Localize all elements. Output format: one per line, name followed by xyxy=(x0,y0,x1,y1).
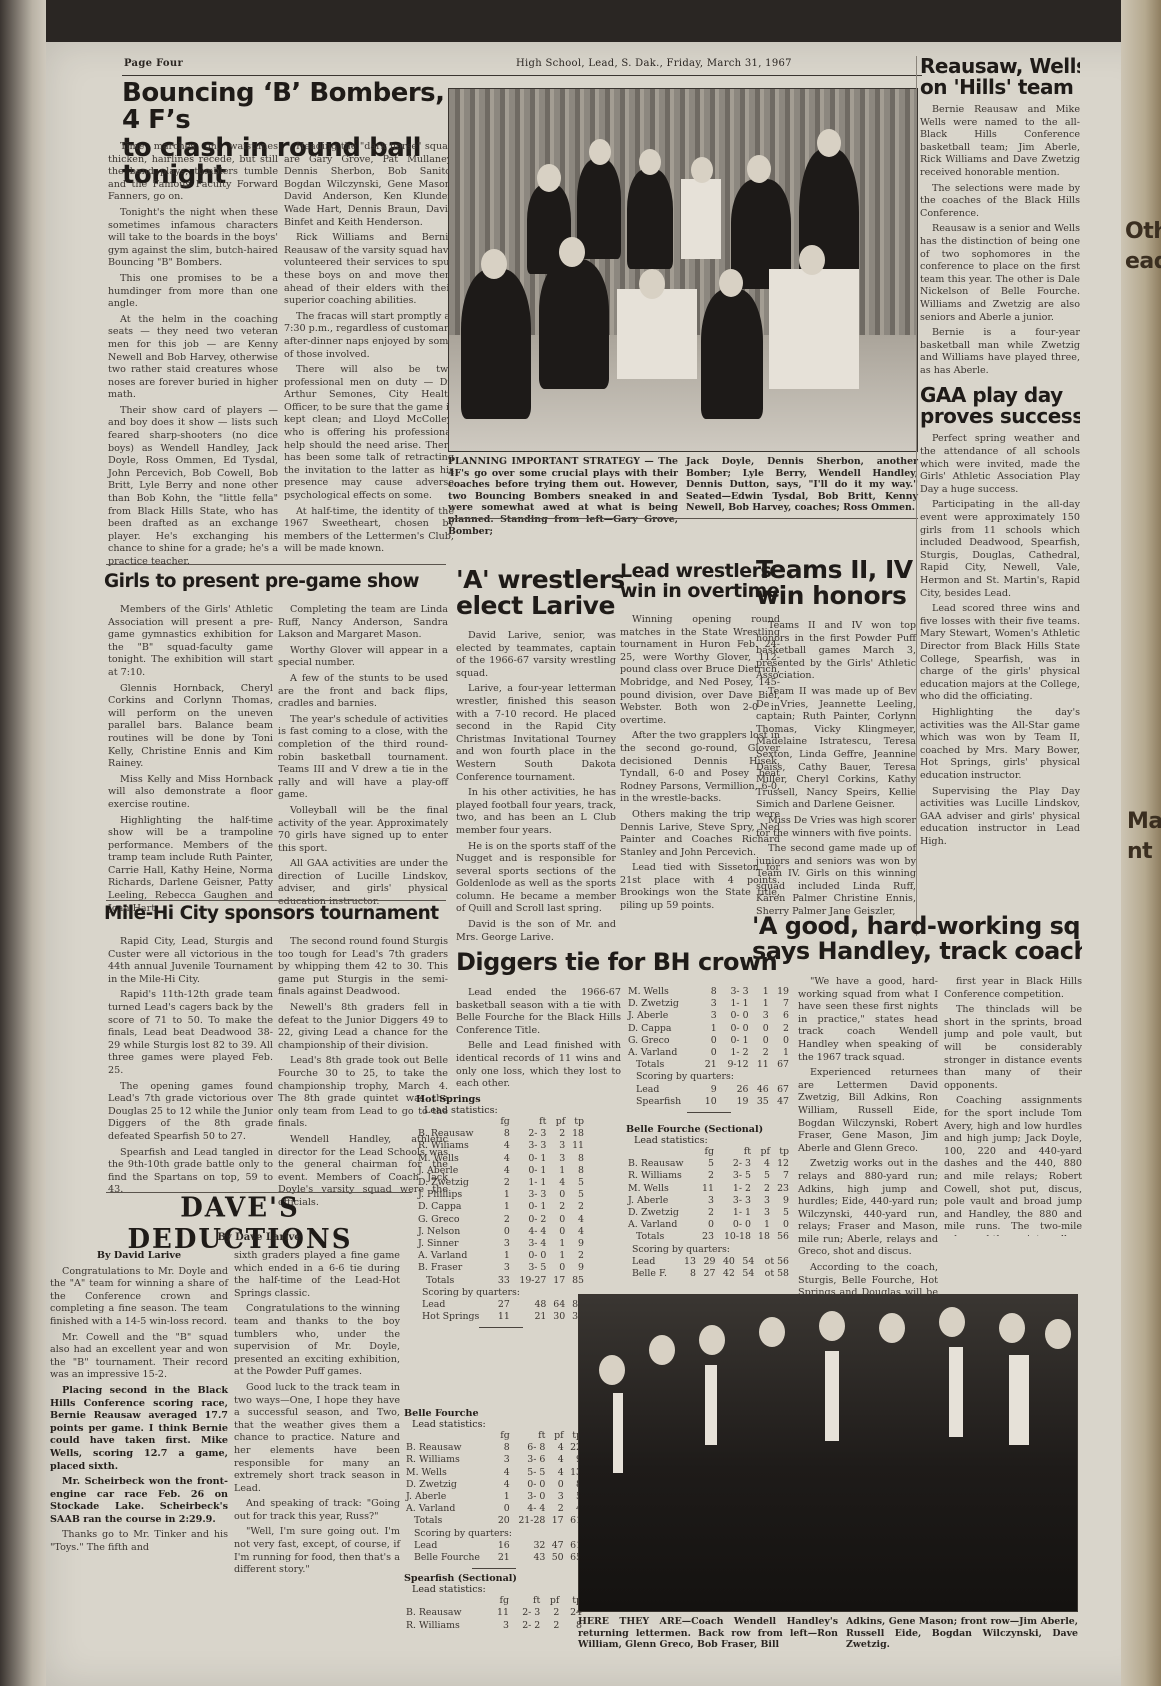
quarter-row: Lead13294054ot 56 xyxy=(626,1256,791,1268)
girls-show-col-2: Completing the team are Linda Ruff, Nanc… xyxy=(278,604,448,912)
dateline: High School, Lead, S. Dak., Friday, Marc… xyxy=(516,58,792,69)
daves-col-2: sixth graders played a fine game which e… xyxy=(234,1250,400,1580)
reausaw-body: Bernie Reausaw and Mike Wells were named… xyxy=(920,104,1080,377)
stat-totals: Totals2310-181856 xyxy=(626,1231,791,1243)
stat-row: A. Varland01- 221 xyxy=(626,1047,791,1059)
stat-row: B. Reausaw112- 3224 xyxy=(404,1607,584,1619)
quarter-row: Lead27486485 xyxy=(416,1299,586,1311)
stat-row: D. Zwetzig21- 135 xyxy=(626,1207,791,1219)
girls-show-col-1: Members of the Girls' Athletic Associati… xyxy=(108,604,273,918)
girls-show-headline: Girls to present pre-game show xyxy=(104,572,419,591)
bf-sectional-box: Belle Fourche (Sectional) Lead statistic… xyxy=(626,1124,791,1280)
stat-row: A. Varland04- 424 xyxy=(404,1503,584,1515)
larive-headline: 'A' wrestlers elect Larive xyxy=(456,567,625,620)
milehi-headline: Mile-Hi City sponsors tournament xyxy=(104,904,439,923)
stat-row: B. Reausaw82- 3218 xyxy=(416,1128,586,1140)
teams-headline: Teams II, IV win honors xyxy=(756,557,913,610)
bombers-col-1: Time marches on, waistlines thicken, hai… xyxy=(108,141,278,572)
quarter-row: Hot Springs11213037 xyxy=(416,1311,586,1323)
stat-row: D. Zwetzig40- 008 xyxy=(404,1479,584,1491)
stat-row: R. Williams33- 649 xyxy=(404,1454,584,1466)
lettermen-photo xyxy=(578,1294,1078,1612)
right-column: Reausaw, Wells on 'Hills' team Bernie Re… xyxy=(920,56,1080,936)
lettermen-caption-left: HERE THEY ARE—Coach Wendell Handley's re… xyxy=(578,1616,838,1651)
track-col-2: first year in Black Hills Conference com… xyxy=(944,976,1082,1236)
stat-row: M. Wells40- 138 xyxy=(416,1153,586,1165)
belle-fourche-box: Belle Fourche Lead statistics: fgftpftp … xyxy=(404,1408,584,1632)
masthead-rule xyxy=(122,75,922,76)
stat-row: D. Cappa10- 122 xyxy=(416,1201,586,1213)
adjacent-page-edge: Othe ead Ma nt xyxy=(1121,0,1161,1686)
stat-row: J. Aberle33- 339 xyxy=(626,1195,791,1207)
stat-row: G. Greco00- 100 xyxy=(626,1035,791,1047)
strategy-caption-right: Jack Doyle, Dennis Sherbon, another Bomb… xyxy=(686,456,918,514)
quarter-row: Belle Fourche21435065 xyxy=(404,1552,584,1564)
hot-springs-box: Hot Springs Lead statistics: fgftpftp B.… xyxy=(416,1094,586,1332)
stat-row: A. Varland10- 012 xyxy=(416,1250,586,1262)
bombers-col-2: Heading the "dark horse" squad are Gary … xyxy=(284,141,454,559)
newspaper-page: Page Four High School, Lead, S. Dak., Fr… xyxy=(46,42,1161,1686)
strategy-caption-left: PLANNING IMPORTANT STRATEGY — The 4F's g… xyxy=(448,456,678,537)
stat-row: M. Wells83- 3119 xyxy=(626,986,791,998)
milehi-col-1: Rapid City, Lead, Sturgis and Custer wer… xyxy=(108,936,273,1200)
stat-row: D. Zwetzig21- 145 xyxy=(416,1177,586,1189)
spearfish-box-partial: M. Wells83- 3119 D. Zwetzig31- 117 J. Ab… xyxy=(626,986,791,1117)
quarter-row: Lead9264667 xyxy=(626,1084,791,1096)
stat-row: J. Phillips13- 305 xyxy=(416,1189,586,1201)
larive-body: David Larive, senior, was elected by tea… xyxy=(456,630,616,947)
page-folio: Page Four xyxy=(124,58,183,69)
stat-totals: Totals219-121167 xyxy=(626,1059,791,1071)
bombers-headline-line1: Bouncing ‘B’ Bombers, 4 F’s xyxy=(122,80,452,135)
track-headline: 'A good, hard-working squad' says Handle… xyxy=(752,914,1082,964)
stat-row: J. Nelson04- 404 xyxy=(416,1226,586,1238)
stat-row: M. Wells45- 5413 xyxy=(404,1467,584,1479)
gaa-headline: GAA play day proves success xyxy=(920,385,1080,427)
quarter-row: Spearfish10193547 xyxy=(626,1096,791,1108)
stat-row: J. Aberle40- 118 xyxy=(416,1165,586,1177)
stat-row: B. Fraser33- 509 xyxy=(416,1262,586,1274)
spearfish-sectional-box: fgftpftp B. Reausaw112- 3224 R. Williams… xyxy=(404,1595,584,1632)
strategy-photo xyxy=(448,88,918,452)
stat-row: J. Aberle13- 035 xyxy=(404,1491,584,1503)
stat-row: B. Reausaw52- 3412 xyxy=(626,1158,791,1170)
stat-row: M. Wells111- 2223 xyxy=(626,1183,791,1195)
stat-totals: Totals3319-271785 xyxy=(416,1275,586,1287)
stat-row: R. Williams23- 557 xyxy=(626,1170,791,1182)
stat-row: D. Cappa10- 002 xyxy=(626,1023,791,1035)
diggers-body: Lead ended the 1966-67 basketball season… xyxy=(456,987,621,1094)
stat-row: G. Greco20- 204 xyxy=(416,1214,586,1226)
reausaw-headline: Reausaw, Wells on 'Hills' team xyxy=(920,56,1080,98)
stat-row: J. Aberle30- 036 xyxy=(626,1010,791,1022)
daves-deductions-headline: DAVE'S DEDUCTIONS xyxy=(70,1193,410,1256)
stat-row: J. Sinner33- 419 xyxy=(416,1238,586,1250)
lettermen-caption-right: Adkins, Gene Mason; front row—Jim Aberle… xyxy=(846,1616,1078,1656)
binding-edge xyxy=(0,0,46,1686)
stat-row: B. Reausaw86- 8422 xyxy=(404,1442,584,1454)
gaa-body: Perfect spring weather and the attendanc… xyxy=(920,433,1080,848)
daves-byline: By Dave Larive xyxy=(106,1232,412,1243)
quarter-row: Belle F.8274254ot 58 xyxy=(626,1268,791,1280)
stat-row: D. Zwetzig31- 117 xyxy=(626,998,791,1010)
daves-col-1: By David Larive Congratulations to Mr. D… xyxy=(50,1250,228,1558)
spearfish-sectional-title: Spearfish (Sectional) xyxy=(404,1573,584,1584)
stat-row: A. Varland00- 010 xyxy=(626,1219,791,1231)
quarter-row: Lead16324761 xyxy=(404,1540,584,1552)
stat-totals: Totals2021-281761 xyxy=(404,1515,584,1527)
stat-row: R. Williams32- 228 xyxy=(404,1620,584,1632)
track-col-1: "We have a good, hard-working squad from… xyxy=(798,976,938,1341)
teams-body: Teams II and IV won top honors in the fi… xyxy=(756,620,916,922)
stat-row: R. Wiliams43- 3311 xyxy=(416,1140,586,1152)
diggers-headline: Diggers tie for BH crown xyxy=(456,950,777,975)
